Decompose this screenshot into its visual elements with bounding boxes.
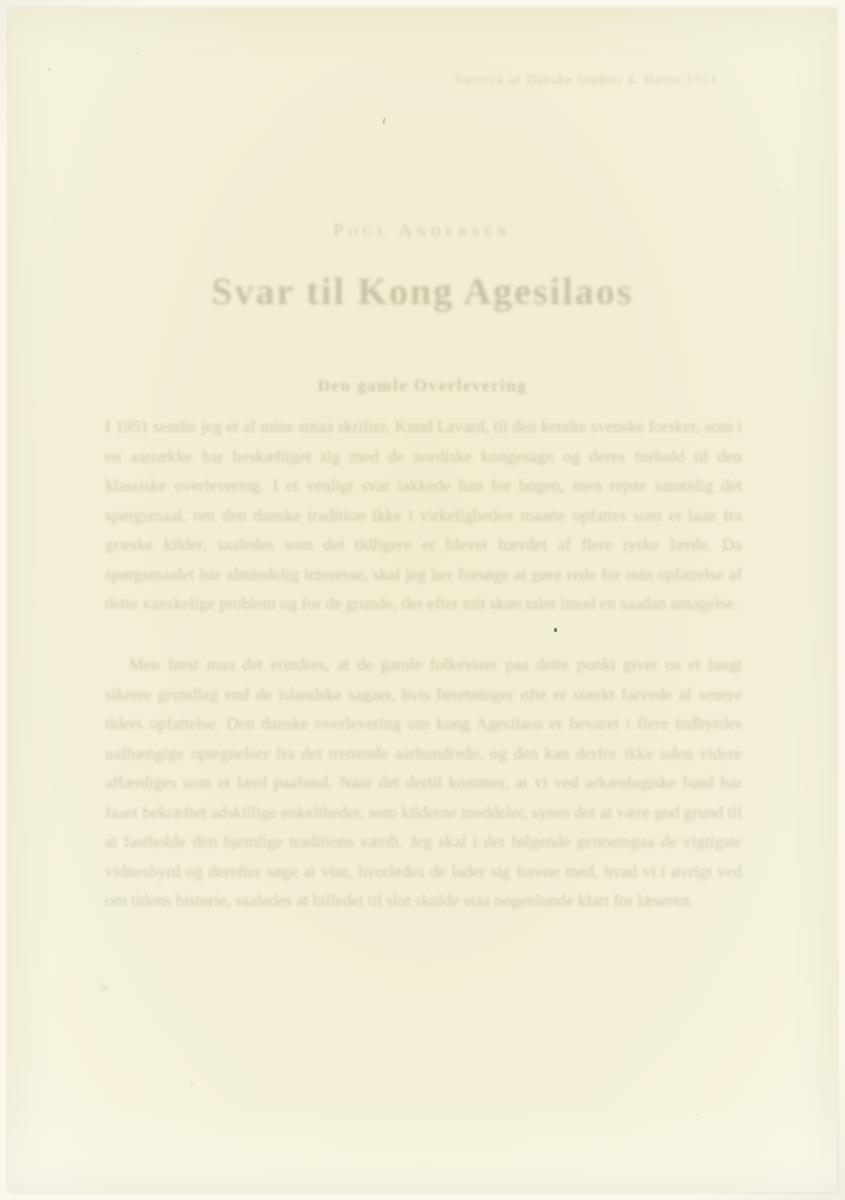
stray-ink-mark (382, 118, 385, 124)
body-paragraph-1: I 1951 sendte jeg et af mine smaa skrift… (105, 412, 742, 619)
paper-speck (696, 1114, 698, 1116)
page-subtitle: Den gamle Overlevering (8, 376, 837, 396)
footnote-signature-mark: b- (100, 980, 110, 995)
paper-speck (48, 68, 51, 71)
page-title: Svar til Kong Agesilaos (8, 270, 837, 314)
paper-speck (136, 52, 138, 54)
page-header-line: Særtryk af Danske Studier 4. Hæfte 1953 (455, 72, 775, 88)
paper-page: Særtryk af Danske Studier 4. Hæfte 1953 … (8, 8, 837, 1192)
ink-dot (554, 628, 557, 632)
author-line: Poul Andersen (8, 220, 837, 241)
body-paragraph-2: Men først maa det erindres, at de gamle … (105, 650, 742, 916)
scanned-page-background: Særtryk af Danske Studier 4. Hæfte 1953 … (0, 0, 845, 1200)
paper-speck (778, 190, 780, 192)
paper-speck (190, 1084, 193, 1086)
